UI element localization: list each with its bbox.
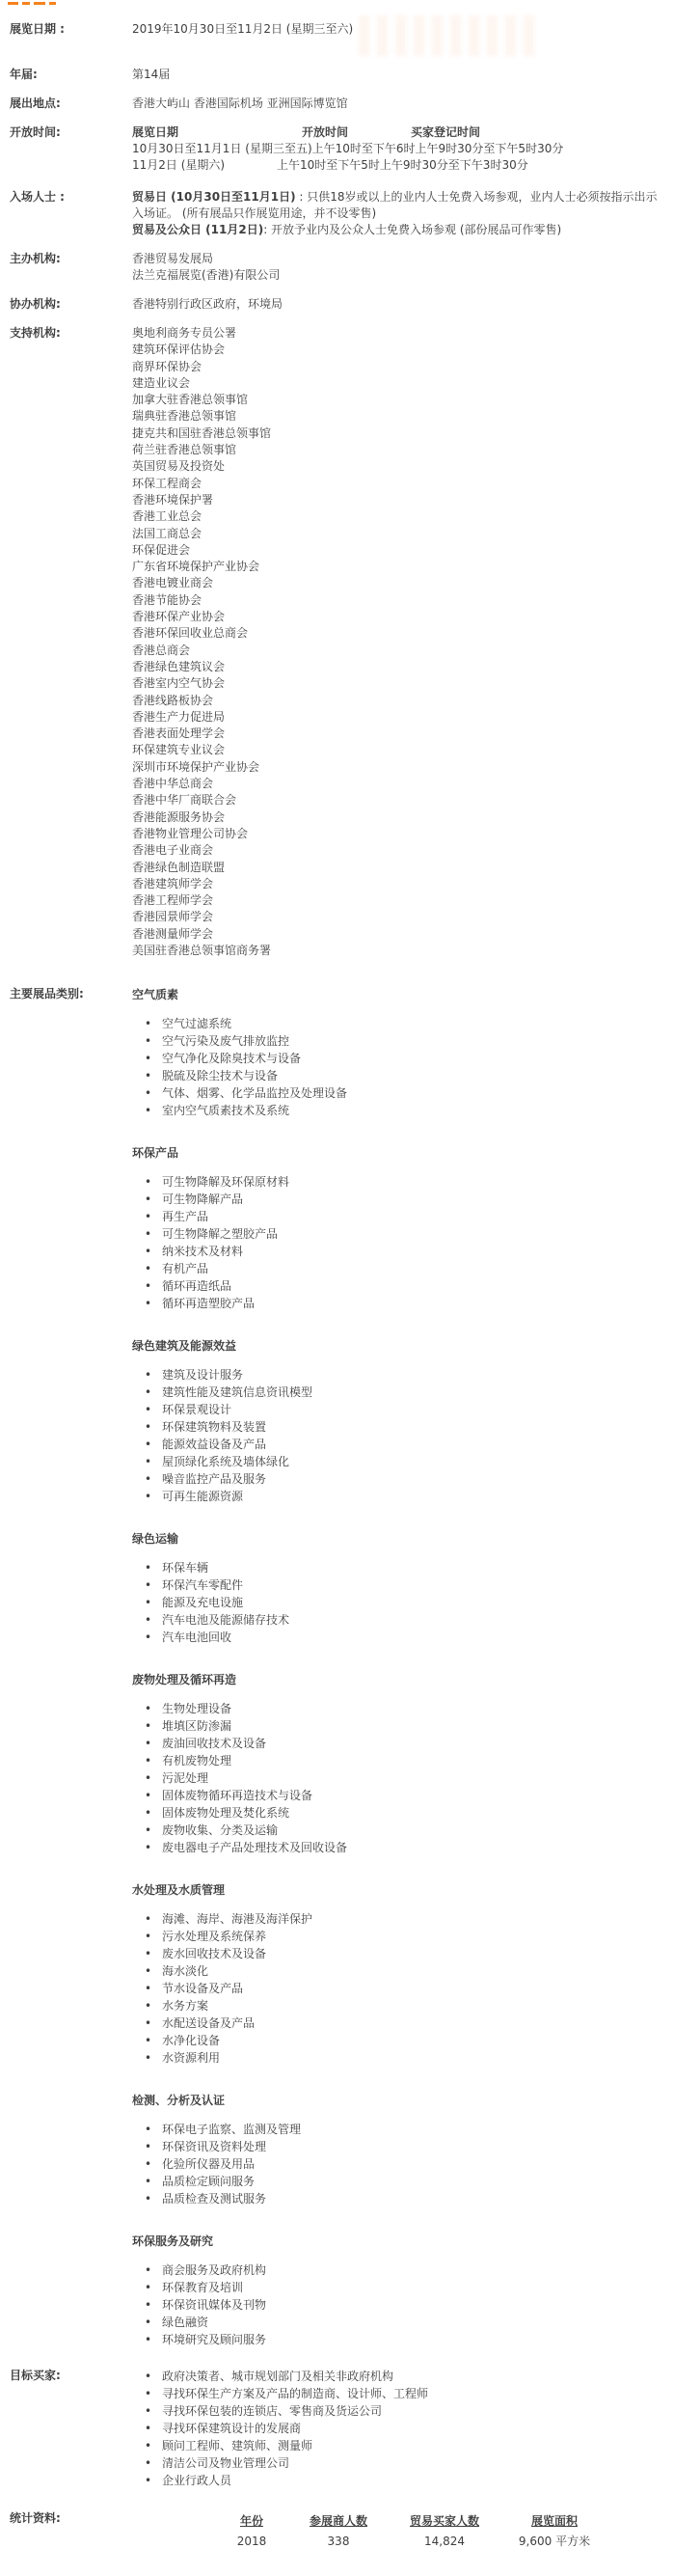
exhibit-item: 堆填区防渗漏 — [132, 1717, 664, 1735]
supporter-item: 捷克共和国驻香港总领事馆 — [132, 425, 664, 442]
stats-header-exhibitors: 参展商人数 — [284, 2512, 392, 2530]
open-hours-header-date: 展览日期 — [132, 124, 277, 141]
organizer-item: 香港贸易发展局 — [132, 251, 664, 267]
exhibit-item: 环境研究及顾问服务 — [132, 2331, 664, 2348]
admission-entry: 贸易日 (10月30日至11月1日) : 只供18岁或以上的业内人士免费入场参观… — [132, 189, 664, 222]
exhibit-category-title: 绿色运输 — [132, 1530, 664, 1548]
open-hours-cell-time: 上午10时至下午5时 — [277, 157, 380, 174]
exhibit-item: 可再生能源资源 — [132, 1488, 664, 1505]
exhibit-item-list: 商会服务及政府机构 环保教育及培训 环保资讯媒体及刊物 绿色融资 环境研究及顾问… — [132, 2261, 664, 2348]
supporter-list: 奥地利商务专员公署 建筑环保评估协会 商界环保协会 建造业议会 加拿大驻香港总领… — [132, 325, 664, 959]
exhibit-item: 绿色融资 — [132, 2314, 664, 2331]
exhibit-item: 化验所仪器及用品 — [132, 2155, 664, 2173]
row-organizers: 主办机构: 香港贸易发展局 法兰克福展览(香港)有限公司 — [10, 251, 664, 284]
open-hours-cell-registration: 上午9时30分至下午5时30分 — [416, 141, 564, 157]
supporter-item: 香港工程师学会 — [132, 892, 664, 909]
supporter-item: 建造业议会 — [132, 375, 664, 392]
admission-entry: 贸易及公众日 (11月2日): 开放予业内及公众人士免费入场参观 (部份展品可作… — [132, 222, 664, 238]
exhibit-category-title: 绿色建筑及能源效益 — [132, 1337, 664, 1355]
supporter-item: 英国贸易及投资处 — [132, 458, 664, 475]
exhibit-item: 空气污染及废气排放监控 — [132, 1032, 664, 1050]
supporter-item: 香港生产力促进局 — [132, 709, 664, 726]
stats-header-row: 年份 参展商人数 贸易买家人数 展览面积 — [219, 2512, 664, 2530]
exhibit-item: 纳米技术及材料 — [132, 1243, 664, 1260]
supporter-item: 建筑环保评估协会 — [132, 342, 664, 358]
supporter-item: 法国工商总会 — [132, 526, 664, 542]
exhibit-item: 品质检查及测试服务 — [132, 2190, 664, 2207]
field-label: 开放时间: — [10, 124, 132, 141]
target-buyer-item: 寻找环保生产方案及产品的制造商、设计师、工程师 — [132, 2385, 664, 2402]
organizer-item: 法兰克福展览(香港)有限公司 — [132, 267, 664, 284]
exhibit-item: 循环再造纸品 — [132, 1277, 664, 1295]
organizer-list: 香港贸易发展局 法兰克福展览(香港)有限公司 — [132, 251, 664, 284]
open-hours-cell-time: 上午10时至下午6时 — [312, 141, 416, 157]
cut-off-heading-fragment — [8, 0, 123, 6]
exhibit-item: 废电器电子产品处理技术及回收设备 — [132, 1839, 664, 1856]
target-buyer-item: 企业行政人员 — [132, 2472, 664, 2489]
exhibit-item: 有机废物处理 — [132, 1752, 664, 1769]
open-hours-cell-registration: 上午9时30分至下午3时30分 — [380, 157, 528, 174]
stats-value-area: 9,600 平方米 — [497, 2533, 612, 2550]
supporter-item: 香港总商会 — [132, 643, 664, 659]
target-buyer-item: 顾问工程师、建筑师、测量师 — [132, 2437, 664, 2454]
exhibit-item: 废物收集、分类及运输 — [132, 1822, 664, 1839]
exhibit-item: 噪音监控产品及服务 — [132, 1470, 664, 1488]
supporter-item: 香港环保回收业总商会 — [132, 625, 664, 642]
page: 展览日期 : 2019年10月30日至11月2日 (星期三至六) 年届: 第14… — [0, 0, 674, 2576]
supporter-item: 香港绿色制造联盟 — [132, 860, 664, 876]
exhibit-item: 脱硫及除尘技术与设备 — [132, 1067, 664, 1084]
open-hours-header-registration: 买家登记时间 — [373, 124, 518, 141]
field-label: 目标买家: — [10, 2368, 132, 2384]
exhibit-item: 可生物降解之塑胶产品 — [132, 1225, 664, 1243]
exhibit-item: 环保建筑物料及装置 — [132, 1418, 664, 1436]
supporter-item: 美国驻香港总领事馆商务署 — [132, 943, 664, 959]
exhibit-item: 环保教育及培训 — [132, 2279, 664, 2296]
open-hours-header: 展览日期 开放时间 买家登记时间 — [132, 124, 664, 141]
supporter-item: 环保促进会 — [132, 542, 664, 559]
supporter-item: 香港园景师学会 — [132, 909, 664, 925]
supporter-item: 香港电镀业商会 — [132, 575, 664, 591]
stats-table: 年份 参展商人数 贸易买家人数 展览面积 2018 338 14,824 9,6… — [219, 2512, 664, 2550]
exhibit-item: 气体、烟雾、化学品监控及处理设备 — [132, 1084, 664, 1102]
target-buyer-item: 清洁公司及物业管理公司 — [132, 2454, 664, 2472]
exhibit-item-list: 建筑及设计服务 建筑性能及建筑信息资讯模型 环保景观设计 环保建筑物料及装置 能… — [132, 1366, 664, 1505]
supporter-item: 环保工程商会 — [132, 476, 664, 492]
exhibit-item: 商会服务及政府机构 — [132, 2261, 664, 2279]
stats-value-year: 2018 — [219, 2533, 284, 2550]
exhibit-item-list: 空气过滤系统 空气污染及废气排放监控 空气净化及除臭技术与设备 脱硫及除尘技术与… — [132, 1015, 664, 1119]
supporter-item: 香港测量师学会 — [132, 926, 664, 943]
exhibit-category-group: 检测、分析及认证 环保电子监察、监测及管理 环保资讯及资料处理 化验所仪器及用品… — [132, 2092, 664, 2207]
exhibit-category-title: 水处理及水质管理 — [132, 1881, 664, 1899]
exhibit-item: 可生物降解及环保原材料 — [132, 1173, 664, 1191]
stats-value-exhibitors: 338 — [284, 2533, 392, 2550]
exhibit-category-group: 环保服务及研究 商会服务及政府机构 环保教育及培训 环保资讯媒体及刊物 绿色融资… — [132, 2233, 664, 2348]
exhibit-item: 汽车电池及能源储存技术 — [132, 1611, 664, 1629]
supporter-item: 香港线路板协会 — [132, 693, 664, 709]
stats-header-year: 年份 — [219, 2512, 284, 2530]
exhibit-item: 水配送设备及产品 — [132, 2014, 664, 2032]
exhibit-item: 循环再造塑胶产品 — [132, 1295, 664, 1312]
exhibit-category-group: 空气质素 空气过滤系统 空气污染及废气排放监控 空气净化及除臭技术与设备 脱硫及… — [132, 986, 664, 1119]
exhibit-item: 可生物降解产品 — [132, 1191, 664, 1208]
target-buyer-item: 寻找环保包装的连锁店、零售商及货运公司 — [132, 2402, 664, 2420]
exhibit-item: 固体废物处理及焚化系统 — [132, 1804, 664, 1822]
exhibit-item: 环保资讯媒体及刊物 — [132, 2296, 664, 2314]
row-exhibit-categories: 主要展品类别: 空气质素 空气过滤系统 空气污染及废气排放监控 空气净化及除臭技… — [10, 986, 664, 2348]
supporter-item: 香港建筑师学会 — [132, 876, 664, 892]
exhibit-item-list: 环保电子监察、监测及管理 环保资讯及资料处理 化验所仪器及用品 品质检定顾问服务… — [132, 2121, 664, 2207]
target-buyer-item: 政府决策者、城市规划部门及相关非政府机构 — [132, 2368, 664, 2385]
field-value: 第14届 — [132, 67, 664, 83]
exhibit-category-group: 绿色运输 环保车辆 环保汽车零配件 能源及充电设施 汽车电池及能源储存技术 汽车… — [132, 1530, 664, 1646]
row-venue: 展出地点: 香港大屿山 香港国际机场 亚洲国际博览馆 — [10, 96, 664, 112]
open-hours-cell-date: 10月30日至11月1日 (星期三至五) — [132, 141, 312, 157]
open-hours-header-time: 开放时间 — [277, 124, 373, 141]
supporter-item: 加拿大驻香港总领事馆 — [132, 392, 664, 408]
field-label: 统计资料: — [10, 2510, 132, 2527]
open-hours-row: 11月2日 (星期六) 上午10时至下午5时 上午9时30分至下午3时30分 — [132, 157, 664, 174]
stats-value-trade-buyers: 14,824 — [392, 2533, 497, 2550]
exhibit-item-list: 环保车辆 环保汽车零配件 能源及充电设施 汽车电池及能源储存技术 汽车电池回收 — [132, 1559, 664, 1646]
exhibit-item: 环保景观设计 — [132, 1401, 664, 1418]
supporter-item: 香港节能协会 — [132, 592, 664, 609]
exhibit-item: 再生产品 — [132, 1208, 664, 1225]
supporter-item: 香港工业总会 — [132, 508, 664, 525]
exhibit-item-list: 海滩、海岸、海港及海洋保护 污水处理及系统保养 废水回收技术及设备 海水淡化 节… — [132, 1910, 664, 2067]
supporter-item: 香港中华厂商联合会 — [132, 792, 664, 808]
exhibit-item: 水净化设备 — [132, 2032, 664, 2049]
open-hours-body: 10月30日至11月1日 (星期三至五) 上午10时至下午6时 上午9时30分至… — [132, 141, 664, 174]
stats-header-trade-buyers: 贸易买家人数 — [392, 2512, 497, 2530]
exhibit-item-list: 生物处理设备 堆填区防渗漏 废油回收技术及设备 有机废物处理 污泥处理 固体废物… — [132, 1700, 664, 1856]
supporter-item: 商界环保协会 — [132, 359, 664, 375]
exhibit-item: 环保电子监察、监测及管理 — [132, 2121, 664, 2138]
admission-entry-day: 贸易日 (10月30日至11月1日) — [132, 190, 296, 204]
field-label: 协办机构: — [10, 296, 132, 313]
exhibit-item: 海滩、海岸、海港及海洋保护 — [132, 1910, 664, 1928]
exhibit-item: 废油回收技术及设备 — [132, 1735, 664, 1752]
supporter-item: 香港室内空气协会 — [132, 675, 664, 692]
exhibit-item: 环保车辆 — [132, 1559, 664, 1576]
exhibit-category-title: 环保服务及研究 — [132, 2233, 664, 2250]
exhibit-item: 汽车电池回收 — [132, 1629, 664, 1646]
row-admission: 入场人士 : 贸易日 (10月30日至11月1日) : 只供18岁或以上的业内人… — [10, 189, 664, 238]
exhibit-item: 污泥处理 — [132, 1769, 664, 1787]
supporter-item: 香港表面处理学会 — [132, 726, 664, 742]
exhibit-category-group: 废物处理及循环再造 生物处理设备 堆填区防渗漏 废油回收技术及设备 有机废物处理… — [132, 1671, 664, 1856]
field-value: 2019年10月30日至11月2日 (星期三至六) — [132, 21, 664, 38]
field-label: 入场人士 : — [10, 189, 132, 206]
exhibit-category-group: 绿色建筑及能源效益 建筑及设计服务 建筑性能及建筑信息资讯模型 环保景观设计 环… — [132, 1337, 664, 1505]
exhibit-item: 空气过滤系统 — [132, 1015, 664, 1032]
supporter-item: 香港环保产业协会 — [132, 609, 664, 625]
exhibit-item: 室内空气质素技术及系统 — [132, 1102, 664, 1119]
supporter-item: 香港能源服务协会 — [132, 809, 664, 826]
exhibit-item: 能源及充电设施 — [132, 1594, 664, 1611]
exhibit-item: 生物处理设备 — [132, 1700, 664, 1717]
exhibit-item: 海水淡化 — [132, 1962, 664, 1980]
target-buyer-item: 寻找环保建筑设计的发展商 — [132, 2420, 664, 2437]
field-value: 香港特别行政区政府，环境局 — [132, 296, 664, 313]
open-hours-cell-date: 11月2日 (星期六) — [132, 157, 277, 174]
supporter-item: 瑞典驻香港总领事馆 — [132, 408, 664, 425]
exhibit-category-title: 检测、分析及认证 — [132, 2092, 664, 2109]
row-target-buyers: 目标买家: 政府决策者、城市规划部门及相关非政府机构 寻找环保生产方案及产品的制… — [10, 2368, 664, 2489]
supporter-item: 香港绿色建筑议会 — [132, 659, 664, 675]
exhibit-item: 废水回收技术及设备 — [132, 1945, 664, 1962]
exhibit-item: 固体废物循环再造技术与设备 — [132, 1787, 664, 1804]
exhibit-item: 空气净化及除臭技术与设备 — [132, 1050, 664, 1067]
exhibit-item: 屋顶绿化系统及墙体绿化 — [132, 1453, 664, 1470]
supporter-item: 广东省环境保护产业协会 — [132, 559, 664, 575]
admission-entries: 贸易日 (10月30日至11月1日) : 只供18岁或以上的业内人士免费入场参观… — [132, 189, 664, 238]
row-edition: 年届: 第14届 — [10, 67, 664, 83]
supporter-item: 香港中华总商会 — [132, 776, 664, 792]
supporter-item: 深圳市环境保护产业协会 — [132, 759, 664, 776]
exhibit-item: 节水设备及产品 — [132, 1980, 664, 1997]
row-open-hours: 开放时间: 展览日期 开放时间 买家登记时间 10月30日至11月1日 (星期三… — [10, 124, 664, 174]
supporter-item: 香港物业管理公司协会 — [132, 826, 664, 842]
exhibit-item: 建筑性能及建筑信息资讯模型 — [132, 1384, 664, 1401]
stats-value-row: 2018 338 14,824 9,600 平方米 — [219, 2533, 664, 2550]
supporter-item: 环保建筑专业议会 — [132, 742, 664, 758]
open-hours-row: 10月30日至11月1日 (星期三至五) 上午10时至下午6时 上午9时30分至… — [132, 141, 664, 157]
field-label: 年届: — [10, 67, 132, 83]
exhibit-item-list: 可生物降解及环保原材料 可生物降解产品 再生产品 可生物降解之塑胶产品 纳米技术… — [132, 1173, 664, 1312]
exhibit-category-list: 空气质素 空气过滤系统 空气污染及废气排放监控 空气净化及除臭技术与设备 脱硫及… — [132, 986, 664, 2348]
field-value: 香港大屿山 香港国际机场 亚洲国际博览馆 — [132, 96, 664, 112]
row-statistics: 统计资料: 年份 参展商人数 贸易买家人数 展览面积 2018 338 14,8… — [10, 2510, 664, 2550]
row-exhibition-date: 展览日期 : 2019年10月30日至11月2日 (星期三至六) — [10, 21, 664, 38]
supporter-item: 香港电子业商会 — [132, 842, 664, 859]
field-label: 展出地点: — [10, 96, 132, 112]
admission-entry-detail: : 开放予业内及公众人士免费入场参观 (部份展品可作零售) — [263, 223, 561, 236]
exhibit-item: 能源效益设备及产品 — [132, 1436, 664, 1453]
field-label: 展览日期 : — [10, 21, 132, 38]
field-label: 主要展品类别: — [10, 986, 132, 1002]
field-label: 主办机构: — [10, 251, 132, 267]
open-hours-table: 展览日期 开放时间 买家登记时间 10月30日至11月1日 (星期三至五) 上午… — [132, 124, 664, 174]
field-label: 支持机构: — [10, 325, 132, 342]
supporter-item: 荷兰驻香港总领事馆 — [132, 442, 664, 458]
supporter-item: 奥地利商务专员公署 — [132, 325, 664, 342]
stats-header-area: 展览面积 — [497, 2512, 612, 2530]
row-co-organizer: 协办机构: 香港特别行政区政府，环境局 — [10, 296, 664, 313]
exhibit-item: 品质检定顾问服务 — [132, 2173, 664, 2190]
exhibit-item: 有机产品 — [132, 1260, 664, 1277]
row-supporters: 支持机构: 奥地利商务专员公署 建筑环保评估协会 商界环保协会 建造业议会 加拿… — [10, 325, 664, 959]
exhibit-category-group: 水处理及水质管理 海滩、海岸、海港及海洋保护 污水处理及系统保养 废水回收技术及… — [132, 1881, 664, 2067]
exhibit-item: 建筑及设计服务 — [132, 1366, 664, 1384]
exhibit-category-title: 空气质素 — [132, 986, 664, 1003]
exhibit-item: 环保资讯及资料处理 — [132, 2138, 664, 2155]
exhibit-item: 环保汽车零配件 — [132, 1576, 664, 1594]
supporter-item: 香港环境保护署 — [132, 492, 664, 508]
exhibit-category-title: 环保产品 — [132, 1144, 664, 1162]
exhibit-item: 污水处理及系统保养 — [132, 1928, 664, 1945]
target-buyer-list: 政府决策者、城市规划部门及相关非政府机构 寻找环保生产方案及产品的制造商、设计师… — [132, 2368, 664, 2489]
exhibit-item: 水资源利用 — [132, 2049, 664, 2067]
exhibit-category-group: 环保产品 可生物降解及环保原材料 可生物降解产品 再生产品 可生物降解之塑胶产品… — [132, 1144, 664, 1312]
exhibit-category-title: 废物处理及循环再造 — [132, 1671, 664, 1688]
admission-entry-day: 贸易及公众日 (11月2日) — [132, 223, 263, 236]
exhibit-item: 水务方案 — [132, 1997, 664, 2014]
